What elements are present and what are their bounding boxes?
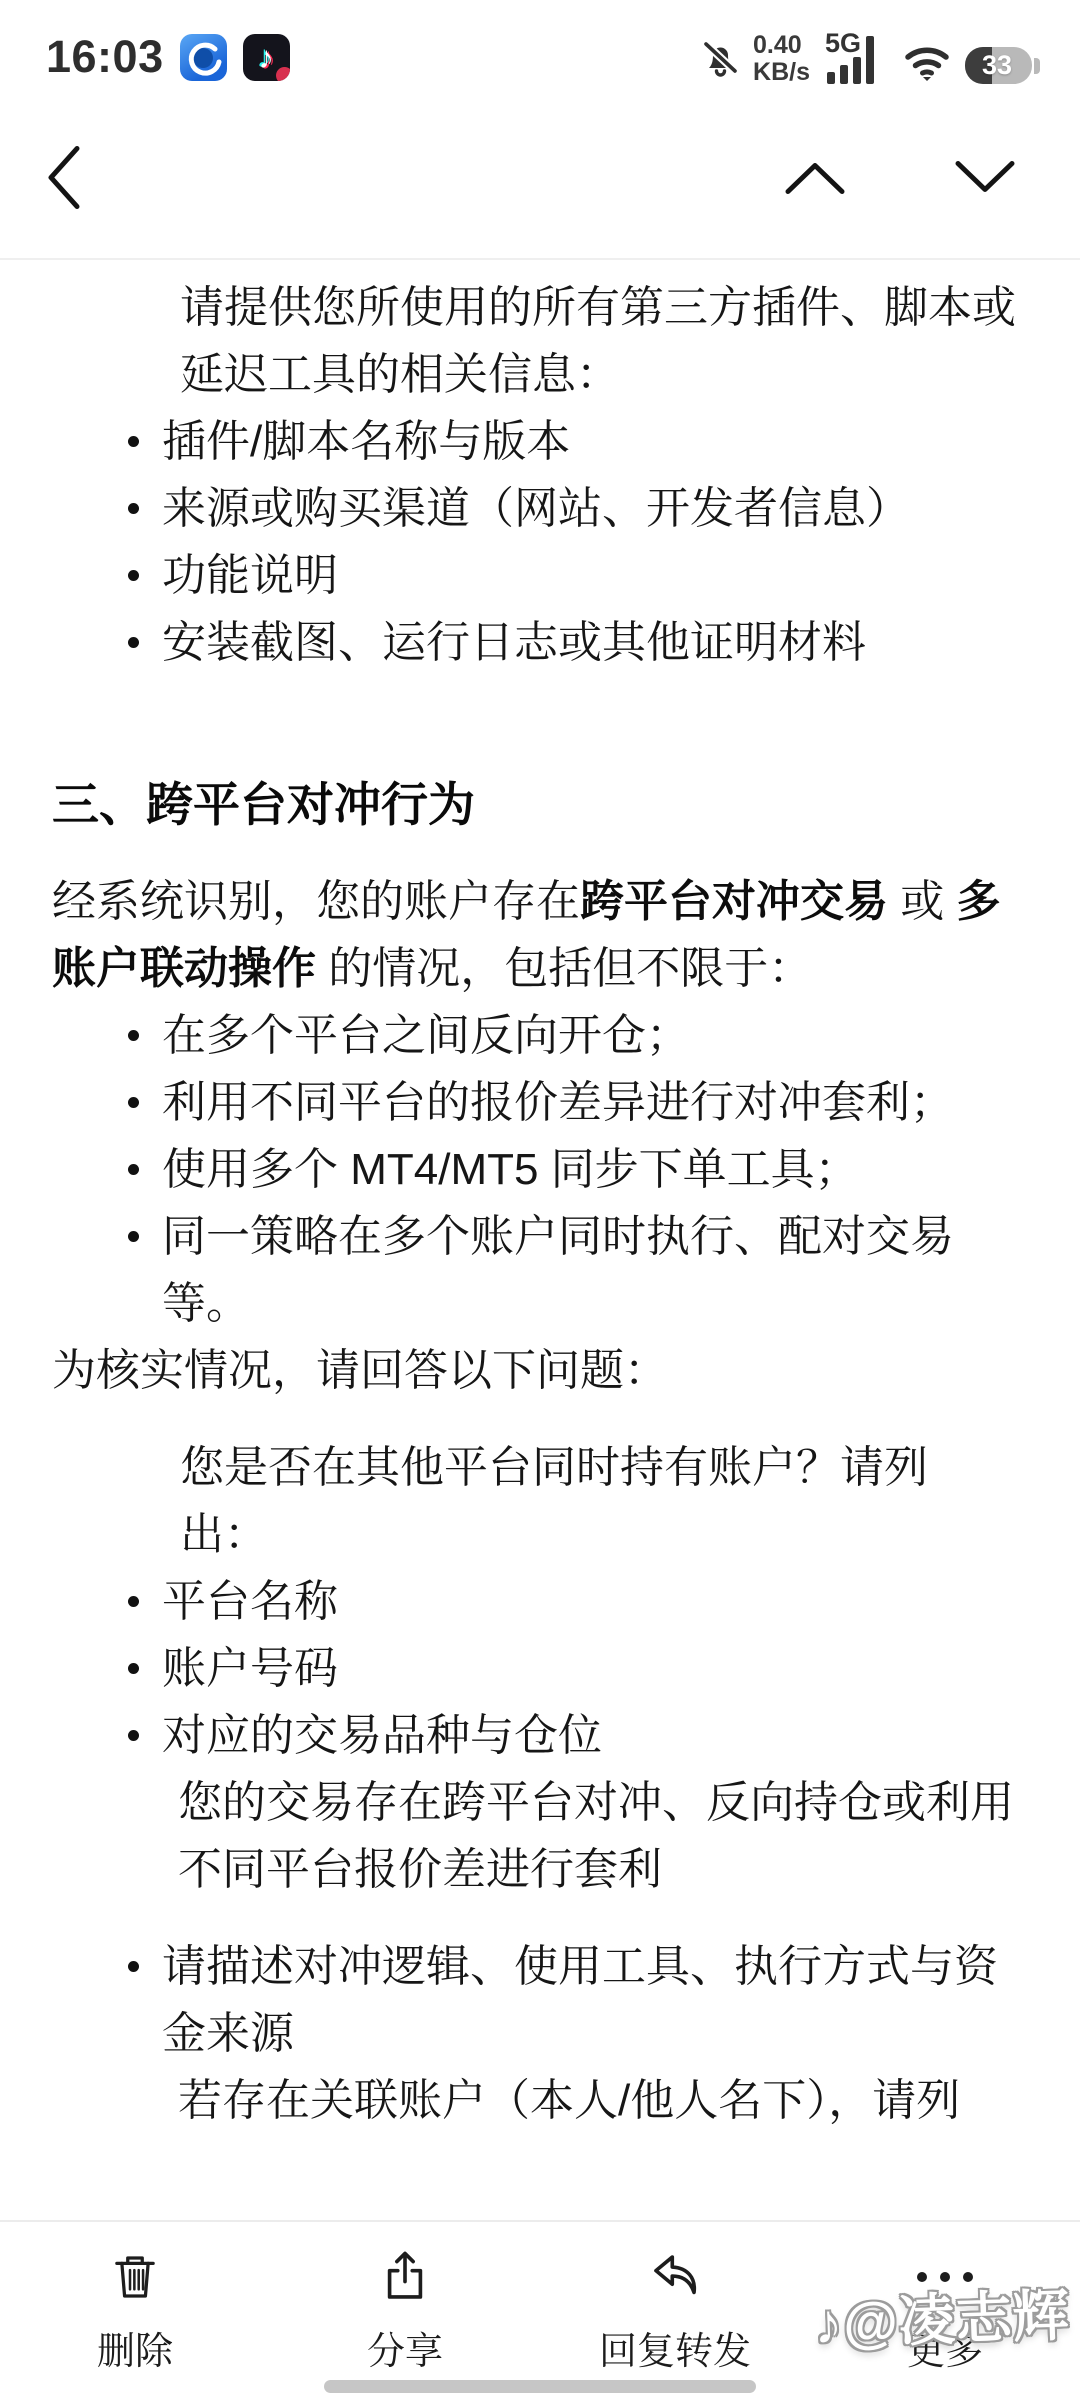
list-item-subtext: 若存在关联账户（本人/他人名下），请列 (162, 2067, 1018, 2134)
list-item-text: 同一策略在多个账户同时执行、配对交易等。 (162, 1203, 996, 1337)
list-item-subtext: 您的交易存在跨平台对冲、反向持仓或利用不同平台报价差进行套利 (162, 1769, 1018, 1903)
battery-percent: 33 (965, 47, 1032, 84)
list-item-text: 对应的交易品种与仓位 (162, 1702, 1018, 1769)
screen: 16:03 ♪ 0.40 KB/s (0, 0, 1080, 2400)
text-run: 的情况，包括但不限于： (316, 944, 812, 993)
wifi-icon (904, 44, 950, 82)
text-run: 经系统识别，您的账户存在 (52, 877, 580, 926)
list-item-text: 利用不同平台的报价差异进行对冲套利； (162, 1069, 996, 1136)
list-item-text: 在多个平台之间反向开仓； (162, 1002, 996, 1069)
status-bar: 16:03 ♪ 0.40 KB/s (0, 0, 1080, 100)
text-run: 或 (888, 877, 956, 926)
clock: 16:03 (46, 31, 164, 83)
list-item-text: 账户号码 (162, 1635, 1018, 1702)
paragraph: 为核实情况，请回答以下问题： (52, 1337, 1032, 1404)
share-icon (376, 2244, 434, 2310)
section-heading: 三、跨平台对冲行为 (52, 770, 1032, 840)
chevron-down-icon (952, 157, 1018, 199)
bold-text: 跨平台对冲交易 (580, 877, 888, 926)
list-item: 账户号码 (126, 1635, 1018, 1702)
trash-icon (106, 2244, 164, 2310)
signal-bars-icon: 5G (825, 28, 889, 86)
list-item: 功能说明 (126, 542, 996, 609)
bullet-list: 平台名称账户号码对应的交易品种与仓位您的交易存在跨平台对冲、反向持仓或利用不同平… (52, 1568, 1032, 2134)
list-item-text: 来源或购买渠道（网站、开发者信息） (162, 475, 996, 542)
network-speed-unit: KB/s (753, 59, 810, 86)
back-button[interactable] (36, 136, 90, 223)
list-item-text: 平台名称 (162, 1568, 1018, 1635)
status-bar-left: 16:03 ♪ (46, 31, 290, 83)
reply-arrow-icon (646, 2244, 704, 2310)
paragraph: 经系统识别，您的账户存在跨平台对冲交易 或 多账户联动操作 的情况，包括但不限于… (52, 868, 1032, 1002)
list-item: 使用多个 MT4/MT5 同步下单工具； (126, 1136, 996, 1203)
list-item: 来源或购买渠道（网站、开发者信息） (126, 475, 996, 542)
battery-icon: 33 (965, 47, 1040, 84)
music-note-icon: ♪ (258, 42, 274, 73)
list-item: 请描述对冲逻辑、使用工具、执行方式与资金来源若存在关联账户（本人/他人名下），请… (126, 1933, 1018, 2134)
list-item: 在多个平台之间反向开仓； (126, 1002, 996, 1069)
muted-bell-icon (702, 40, 738, 78)
browser-app-icon (180, 34, 227, 81)
chevron-left-icon (44, 144, 82, 212)
list-item-text: 请描述对冲逻辑、使用工具、执行方式与资金来源 (162, 1933, 1018, 2067)
reply-forward-button[interactable]: 回复转发 (540, 2222, 810, 2400)
douyin-app-icon: ♪ (243, 34, 290, 81)
nav-bar (0, 100, 1080, 260)
share-label: 分享 (367, 2320, 443, 2375)
list-item-text: 使用多个 MT4/MT5 同步下单工具； (162, 1136, 996, 1203)
list-item: 对应的交易品种与仓位您的交易存在跨平台对冲、反向持仓或利用不同平台报价差进行套利 (126, 1702, 1018, 1903)
list-item: 同一策略在多个账户同时执行、配对交易等。 (126, 1203, 996, 1337)
delete-button[interactable]: 删除 (0, 2222, 270, 2400)
bullet-list: 插件/脚本名称与版本来源或购买渠道（网站、开发者信息）功能说明安装截图、运行日志… (52, 408, 1032, 676)
status-bar-right: 0.40 KB/s 5G 33 (702, 28, 1040, 86)
signal-strength-bars (827, 36, 874, 84)
network-speed: 0.40 KB/s (753, 32, 810, 86)
share-button[interactable]: 分享 (270, 2222, 540, 2400)
next-message-button[interactable] (944, 149, 1026, 210)
network-speed-value: 0.40 (753, 32, 810, 59)
chevron-up-icon (782, 157, 848, 199)
paragraph: 您是否在其他平台同时持有账户？请列出： (52, 1434, 1032, 1568)
list-item-text: 插件/脚本名称与版本 (162, 408, 996, 475)
list-item: 插件/脚本名称与版本 (126, 408, 996, 475)
list-item-text: 功能说明 (162, 542, 996, 609)
paragraph: 请提供您所使用的所有第三方插件、脚本或延迟工具的相关信息： (52, 274, 1032, 408)
content-area[interactable]: 请提供您所使用的所有第三方插件、脚本或延迟工具的相关信息：插件/脚本名称与版本来… (0, 260, 1080, 2220)
list-item: 利用不同平台的报价差异进行对冲套利； (126, 1069, 996, 1136)
delete-label: 删除 (97, 2320, 173, 2375)
list-item: 平台名称 (126, 1568, 1018, 1635)
reply-forward-label: 回复转发 (599, 2320, 751, 2375)
notification-badge (276, 67, 290, 81)
username-watermark: ♪@凌志辉 (813, 2272, 1071, 2361)
battery-nub (1034, 58, 1040, 74)
bullet-list: 在多个平台之间反向开仓；利用不同平台的报价差异进行对冲套利；使用多个 MT4/M… (52, 1002, 1032, 1337)
list-item-text: 安装截图、运行日志或其他证明材料 (162, 609, 996, 676)
list-item: 安装截图、运行日志或其他证明材料 (126, 609, 996, 676)
home-indicator[interactable] (324, 2380, 756, 2393)
previous-message-button[interactable] (774, 149, 856, 210)
